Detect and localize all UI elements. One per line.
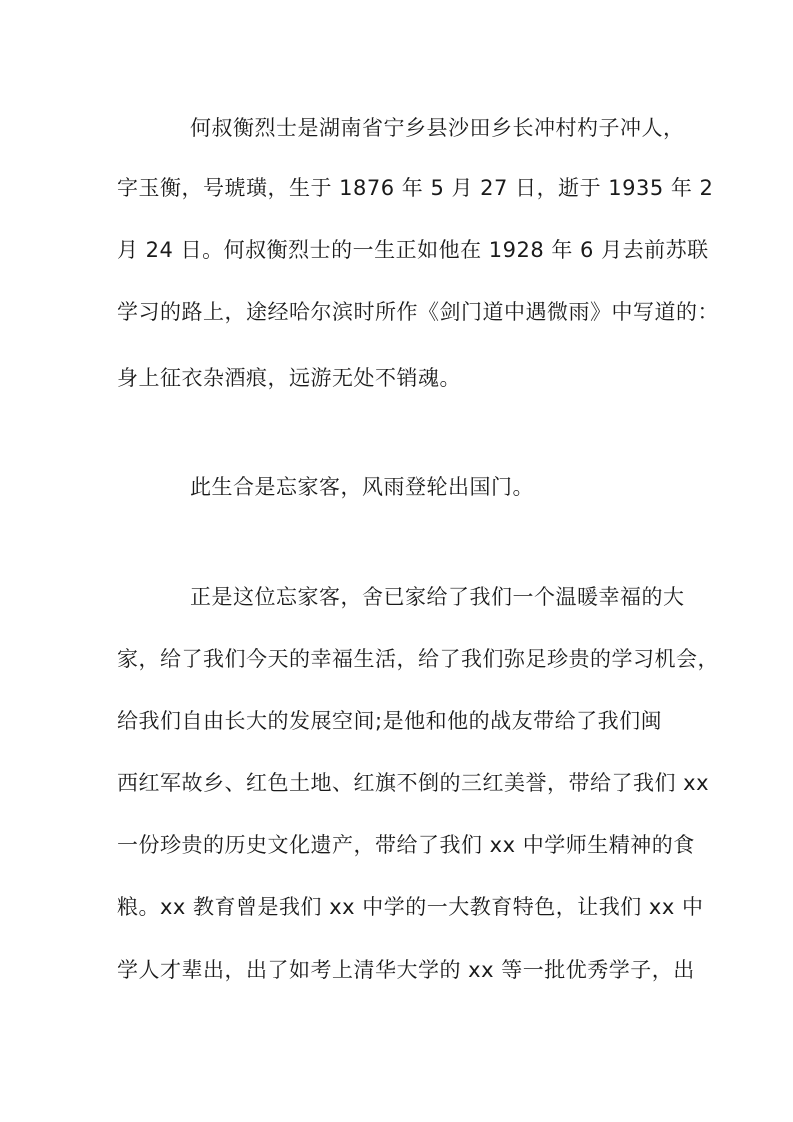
text-line: 粮。xx 教育曾是我们 xx 中学的一大教育特色，让我们 xx 中 <box>117 892 703 922</box>
text-line: 此生合是忘家客，风雨登轮出国门。 <box>190 472 534 502</box>
document-page: 何叔衡烈士是湖南省宁乡县沙田乡长冲村杓子冲人， 字玉衡，号琥璜，生于 1876 … <box>0 0 793 1122</box>
text-line: 身上征衣杂酒痕，远游无处不销魂。 <box>117 363 461 393</box>
text-line: 家，给了我们今天的幸福生活，给了我们弥足珍贵的学习机会， <box>117 644 719 674</box>
text-line: 学习的路上，途经哈尔滨时所作《剑门道中遇微雨》中写道的： <box>117 297 719 327</box>
text-line: 给我们自由长大的发展空间;是他和他的战友带给了我们闽 <box>117 706 662 736</box>
text-line: 字玉衡，号琥璜，生于 1876 年 5 月 27 日，逝于 1935 年 2 <box>117 173 713 203</box>
text-line: 正是这位忘家客，舍已家给了我们一个温暖幸福的大 <box>190 582 685 612</box>
text-line: 何叔衡烈士是湖南省宁乡县沙田乡长冲村杓子冲人， <box>190 113 685 143</box>
text-line: 西红军故乡、红色土地、红旗不倒的三红美誉，带给了我们 xx <box>117 768 709 798</box>
text-line: 学人才辈出，出了如考上清华大学的 xx 等一批优秀学子，出 <box>117 955 695 985</box>
text-line: 一份珍贵的历史文化遗产，带给了我们 xx 中学师生精神的食 <box>117 830 695 860</box>
text-line: 月 24 日。何叔衡烈士的一生正如他在 1928 年 6 月去前苏联 <box>117 235 709 265</box>
